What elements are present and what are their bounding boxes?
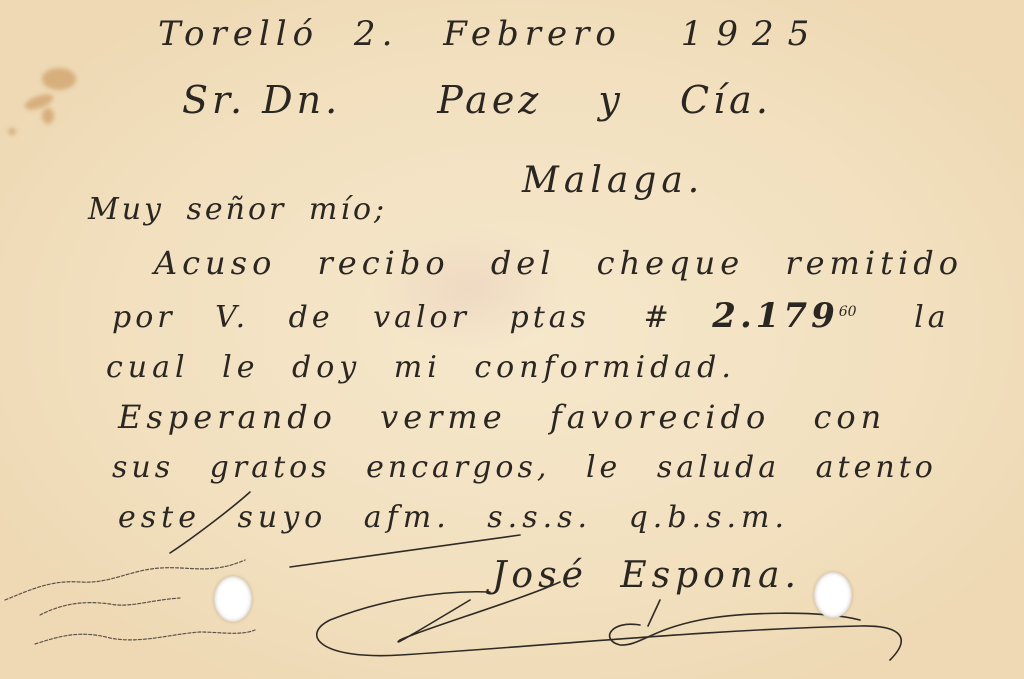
ink-strokes	[0, 0, 1024, 679]
signature-flourish	[317, 592, 901, 660]
punch-hole-left	[214, 576, 252, 622]
postmark-wave	[35, 630, 255, 644]
postcard: Torelló 2. Febrero 1925 Sr. Dn. Paez y C…	[0, 0, 1024, 679]
postmark-wave	[5, 560, 245, 600]
punch-hole-right	[814, 572, 852, 618]
postmark-wave	[40, 598, 180, 615]
